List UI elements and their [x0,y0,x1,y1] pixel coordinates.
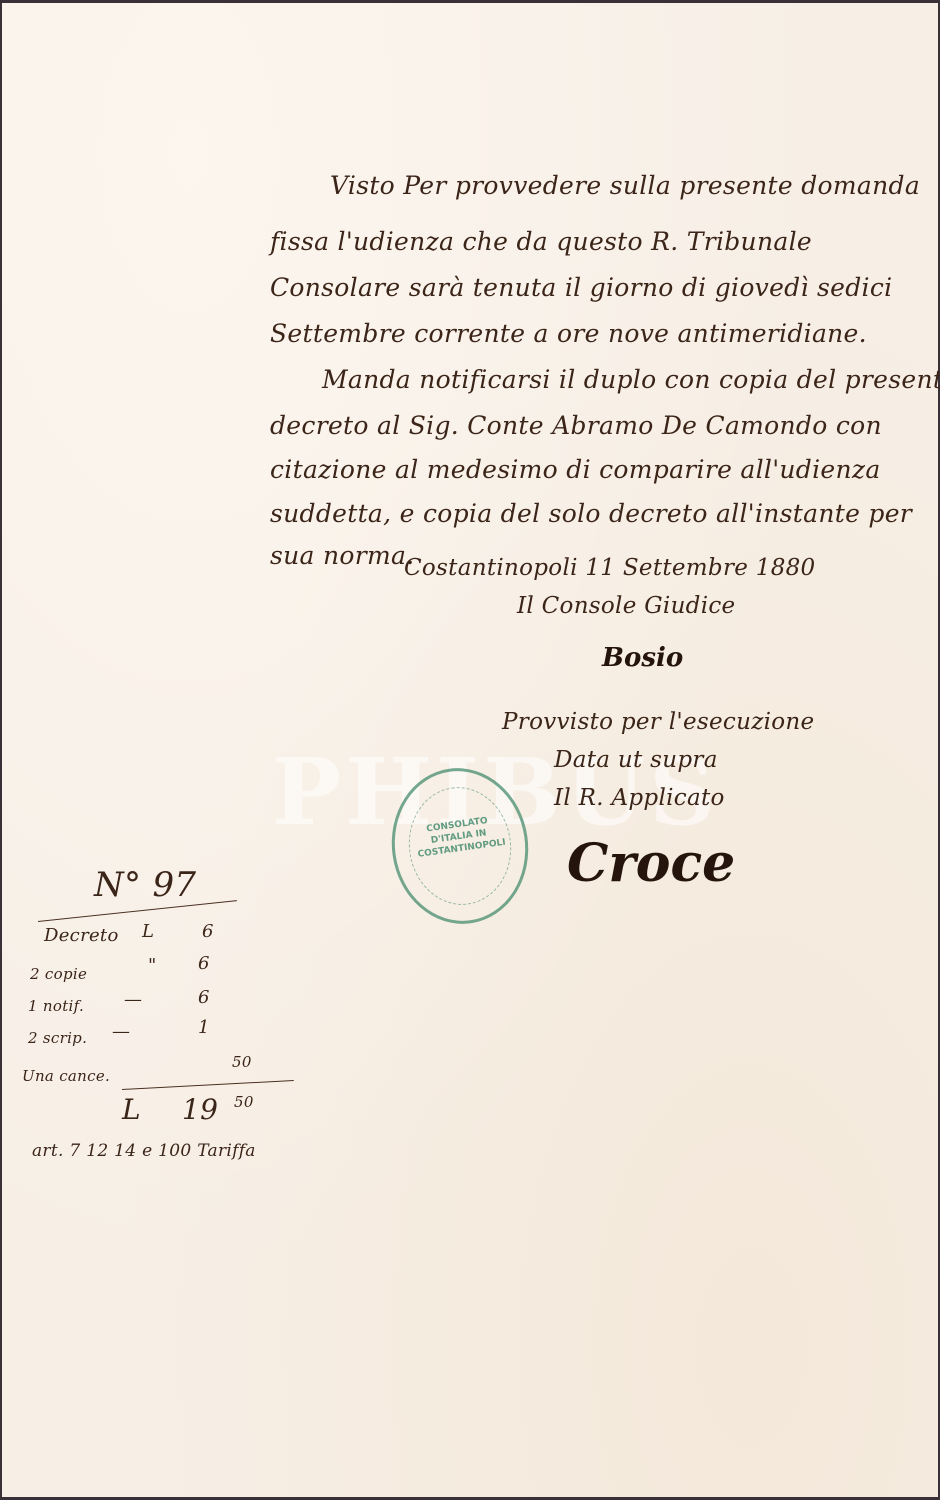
execution-line-3: Il R. Applicato [554,785,725,811]
body-line-2: fissa l'udienza che da questo R. Tribuna… [270,227,812,256]
body-line-5: Manda notificarsi il duplo con copia del… [322,365,940,394]
ledger-number: N° 97 [94,865,196,905]
ledger-total-rule [122,1080,294,1090]
body-line-8: suddetta, e copia del solo decreto all'i… [270,499,912,528]
body-line-3: Consolare sarà tenuta il giorno di giove… [270,273,892,302]
ledger-row-amount: 1 [198,1017,210,1038]
applicato-signature: Croce [567,833,735,894]
judge-title: Il Console Giudice [517,593,735,619]
ledger-row-currency: " [148,955,157,976]
ledger-row-label: 2 copie [30,965,87,983]
ledger-row-currency: L [142,921,154,942]
body-line-7: citazione al medesimo di comparire all'u… [270,455,881,484]
ledger-row-label: 2 scrip. [28,1029,87,1047]
ledger-footnote: art. 7 12 14 e 100 Tariffa [32,1141,256,1161]
body-line-9: sua norma. [270,541,414,570]
body-line-4: Settembre corrente a ore nove antimeridi… [270,319,867,348]
body-line-6: decreto al Sig. Conte Abramo De Camondo … [270,411,882,440]
ledger-row-amount: 50 [232,1053,252,1071]
ledger-row-amount: 6 [198,953,210,974]
execution-line-2: Data ut supra [554,747,718,773]
ledger-row-amount: 6 [198,987,210,1008]
place-date: Costantinopoli 11 Settembre 1880 [404,555,816,581]
ledger-row-label: Una cance. [22,1067,110,1085]
ledger-total-cents: 50 [234,1093,254,1111]
ledger-row-label: Decreto [44,925,119,946]
ledger-row-currency: — [112,1021,130,1042]
ledger-total-whole: 19 [182,1093,218,1126]
body-line-1: Visto Per provvedere sulla presente doma… [330,171,920,200]
judge-signature: Bosio [602,643,683,673]
ledger-row-label: 1 notif. [28,997,84,1015]
ledger-row-currency: — [124,989,142,1010]
document-page: PHIBUS Visto Per provvedere sulla presen… [2,3,938,1497]
ledger-row-amount: 6 [202,921,214,942]
execution-line-1: Provvisto per l'esecuzione [502,709,814,735]
ledger-total-currency: L [122,1093,141,1126]
